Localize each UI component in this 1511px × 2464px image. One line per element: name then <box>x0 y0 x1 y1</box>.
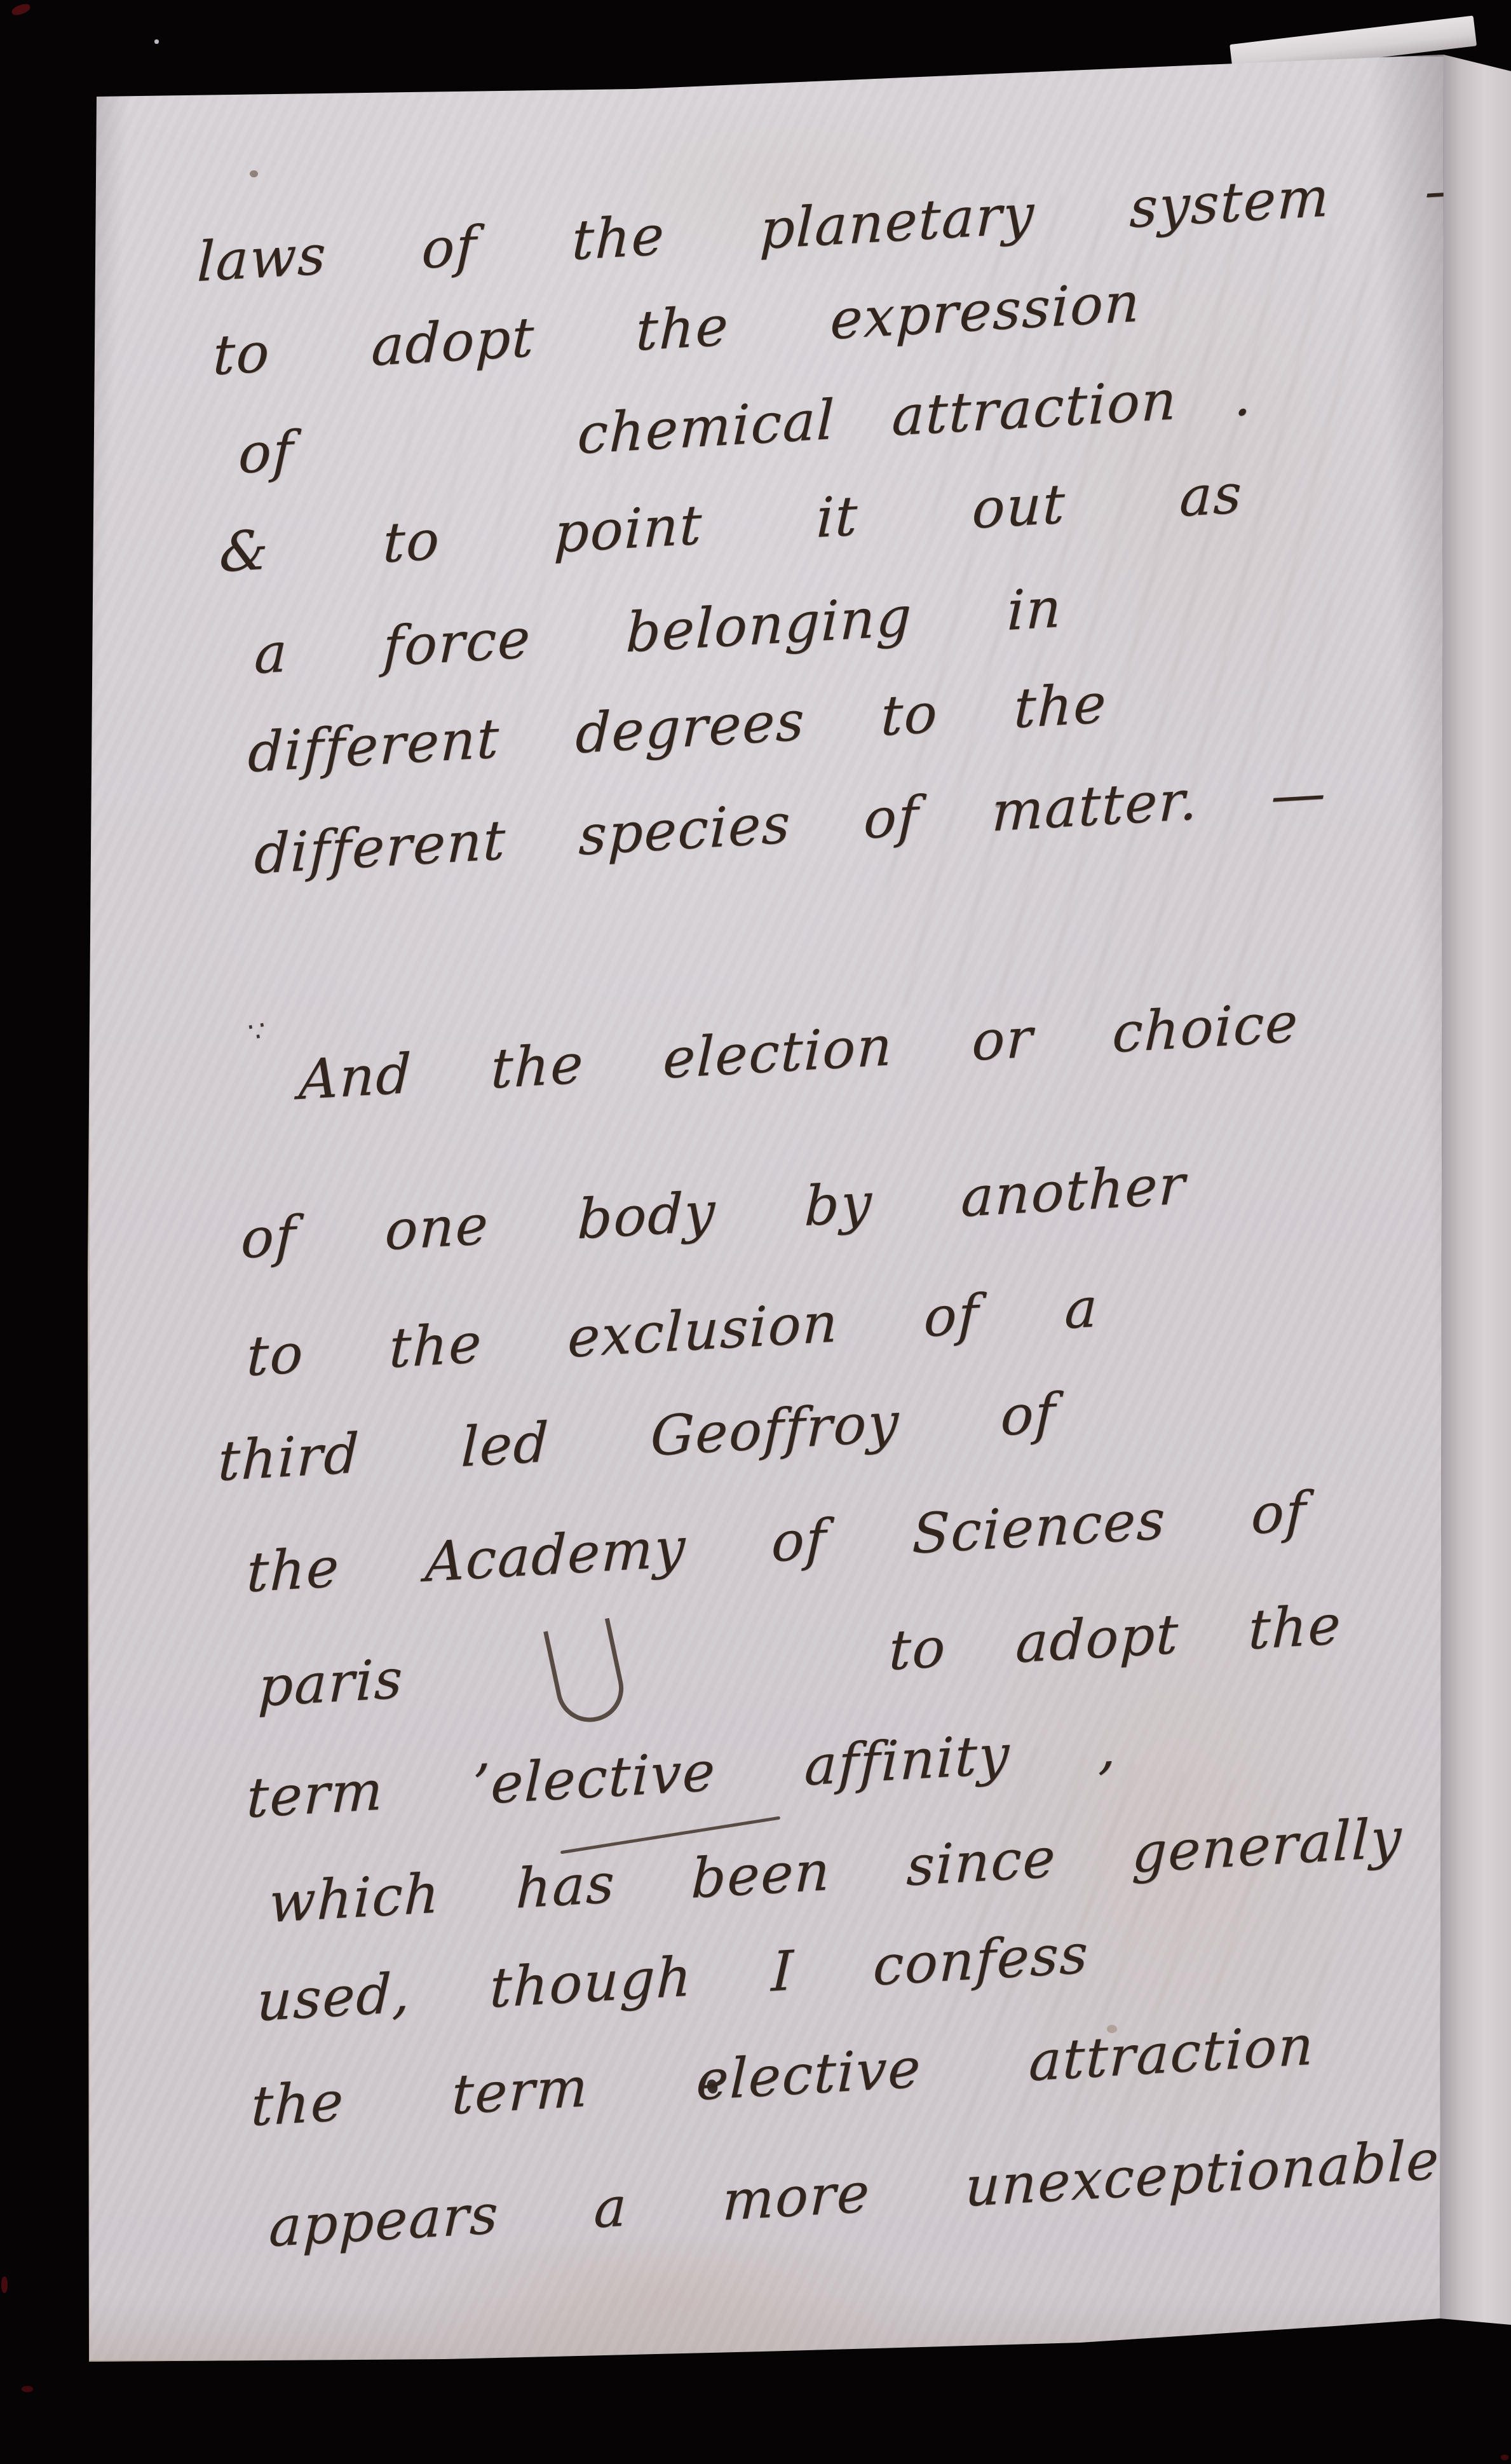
manuscript-line: to the exclusion of a <box>246 1277 1099 1388</box>
red-fiber-speck <box>1501 2454 1508 2460</box>
insertion-mark: ∵ <box>246 1014 269 1049</box>
manuscript-line: And the election or choice <box>298 992 1299 1111</box>
ink-spot <box>250 170 258 177</box>
manuscript-line: third led Geoffroy of <box>217 1383 1057 1493</box>
manuscript-photograph: laws of the planetary system —— to adopt… <box>0 0 1511 2464</box>
manuscript-line: of one body by another <box>240 1154 1187 1270</box>
red-fiber-speck <box>1 2277 8 2293</box>
manuscript-page: laws of the planetary system —— to adopt… <box>88 55 1444 2363</box>
adjacent-page-strip <box>1440 55 1511 2325</box>
manuscript-line: appears a more unexceptionable <box>268 2130 1440 2259</box>
red-fiber-speck <box>22 2386 33 2392</box>
red-fiber-speck <box>11 2 32 17</box>
dust-speck <box>154 39 159 44</box>
